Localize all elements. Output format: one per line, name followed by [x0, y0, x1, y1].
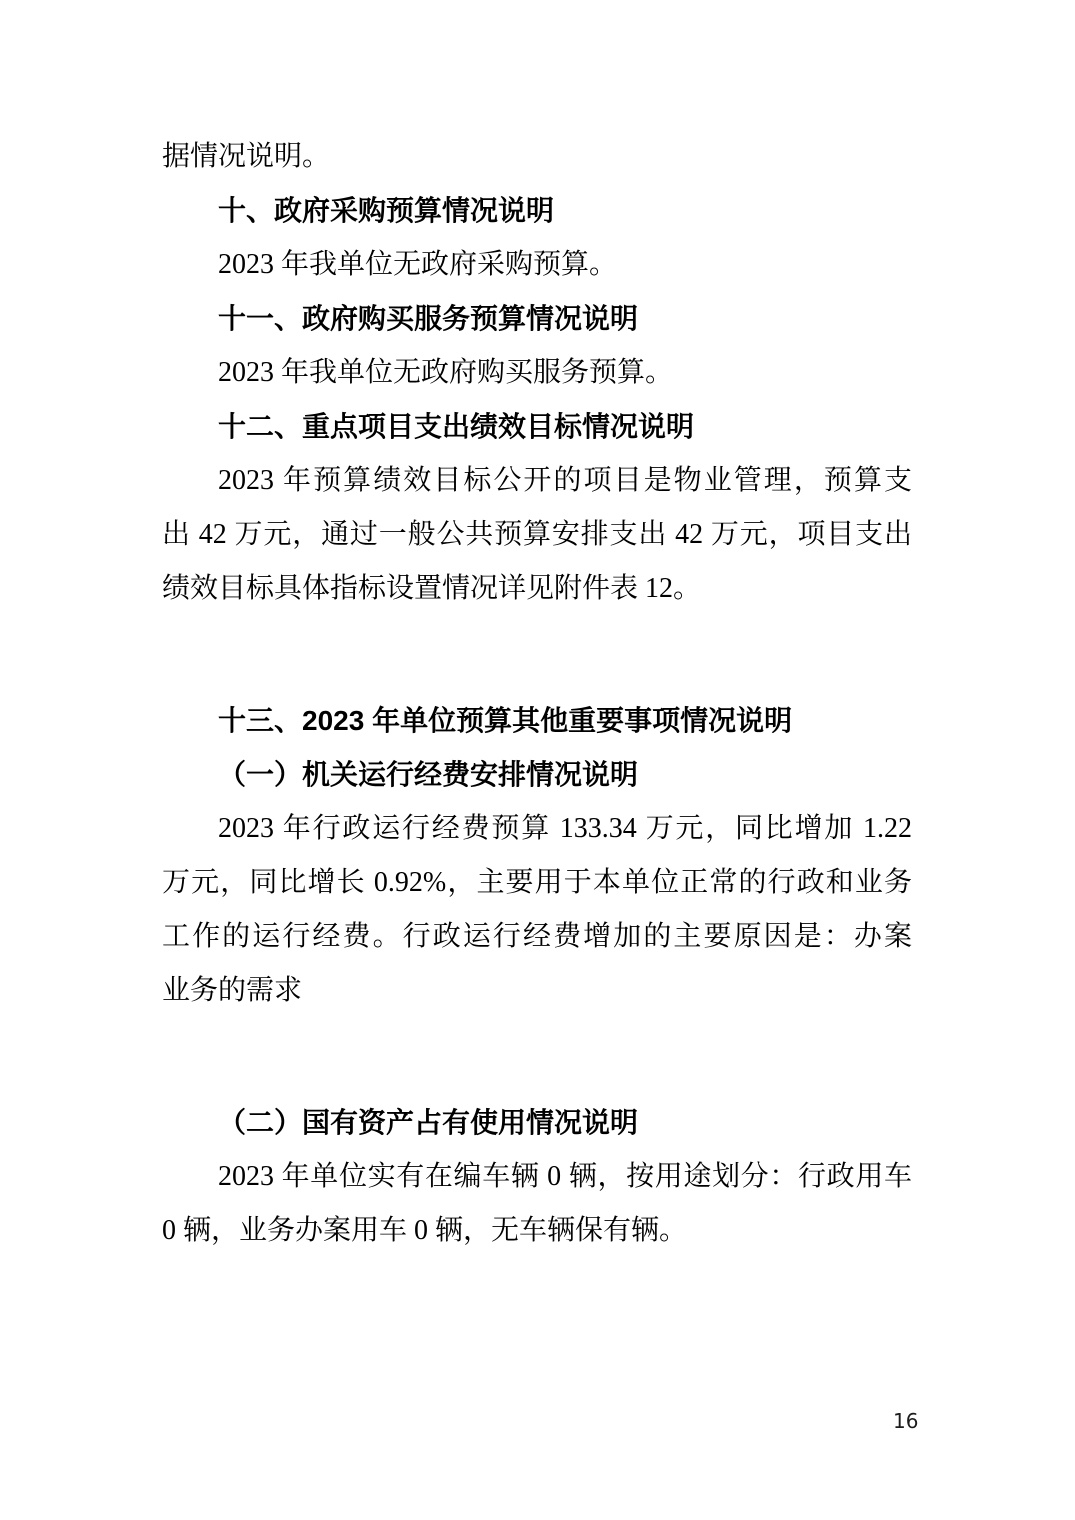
body-line: 2023 年我单位无政府采购预算。: [162, 238, 912, 292]
heading-line: 十三、2023 年单位预算其他重要事项情况说明: [162, 694, 912, 748]
body-line: 2023 年单位实有在编车辆 0 辆，按用途划分：行政用车: [162, 1150, 912, 1204]
body-line: 绩效目标具体指标设置情况详见附件表 12。: [162, 562, 912, 616]
body-line: 工作的运行经费。行政运行经费增加的主要原因是：办案: [162, 910, 912, 964]
body-line: 0 辆，业务办案用车 0 辆，无车辆保有辆。: [162, 1204, 912, 1258]
heading-line: （一）机关运行经费安排情况说明: [162, 748, 912, 802]
heading-line: 十一、政府购买服务预算情况说明: [162, 292, 912, 346]
body-line: 据情况说明。: [162, 130, 912, 184]
heading-line: 十二、重点项目支出绩效目标情况说明: [162, 400, 912, 454]
body-line: 业务的需求: [162, 964, 912, 1018]
body-line: 2023 年我单位无政府购买服务预算。: [162, 346, 912, 400]
document-body: 据情况说明。十、政府采购预算情况说明2023 年我单位无政府采购预算。十一、政府…: [162, 130, 912, 1258]
body-line: 出 42 万元，通过一般公共预算安排支出 42 万元，项目支出: [162, 508, 912, 562]
document-page: 据情况说明。十、政府采购预算情况说明2023 年我单位无政府采购预算。十一、政府…: [0, 0, 1075, 1520]
body-line: 2023 年行政运行经费预算 133.34 万元，同比增加 1.22: [162, 802, 912, 856]
body-line: 2023 年预算绩效目标公开的项目是物业管理，预算支: [162, 454, 912, 508]
blank-line: [162, 1018, 912, 1096]
body-line: 万元，同比增长 0.92%，主要用于本单位正常的行政和业务: [162, 856, 912, 910]
heading-line: 十、政府采购预算情况说明: [162, 184, 912, 238]
heading-line: （二）国有资产占有使用情况说明: [162, 1096, 912, 1150]
page-number: 16: [893, 1408, 918, 1434]
blank-line: [162, 616, 912, 694]
